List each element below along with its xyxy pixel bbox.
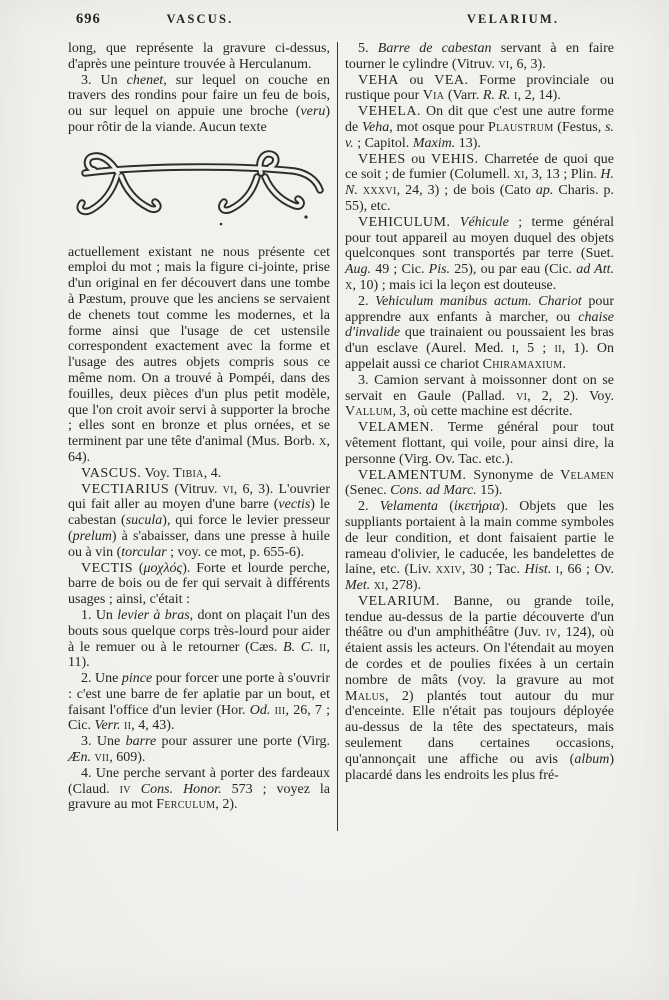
- left-column: long, que représente la gravure ci-dessu…: [68, 41, 330, 915]
- entry-velamentum: VELAMENTUM. Synonyme de Velamen (Senec. …: [345, 468, 614, 500]
- page-number: 696: [76, 11, 101, 28]
- entry-vectiarius: VECTIARIUS (Vitruv. vi, 6, 3). L'ouvrier…: [68, 482, 330, 561]
- book-page: 696 VASCUS. VELARIUM. long, que représen…: [0, 0, 669, 1000]
- vectis-sense-2: 2. Une pince pour forcer une porte à s'o…: [68, 671, 330, 734]
- vectis-sense-3: 3. Une barre pour assurer une porte (Vir…: [68, 734, 330, 766]
- text-block: long, que représente la gravure ci-dessu…: [68, 41, 614, 915]
- chenets-engraving: [68, 148, 330, 235]
- entry-vehela: VEHELA. On dit que c'est une autre forme…: [345, 104, 614, 151]
- vascus-sense-3: 3. Un chenet, sur lequel on couche en tr…: [68, 73, 330, 136]
- firedogs-spit-engraving: [73, 148, 325, 230]
- vascus-continuation-2: actuellement existant ne nous présente c…: [68, 245, 330, 466]
- velamentum-sense-2: 2. Velamenta (ἱκετήρια). Objets que les …: [345, 499, 614, 594]
- right-column: 5. Barre de cabestan servant à en faire …: [345, 41, 614, 915]
- vehiculum-sense-2: 2. Vehiculum manibus actum. Chariot pour…: [345, 294, 614, 373]
- vectis-sense-1: 1. Un levier à bras, dont on plaçait l'u…: [68, 608, 330, 671]
- entry-velarium: VELARIUM. Banne, ou grande toile, tendue…: [345, 594, 614, 784]
- vehiculum-sense-3: 3. Camion servant à moissonner dont on s…: [345, 373, 614, 420]
- running-head-left: VASCUS.: [167, 12, 234, 27]
- entry-vascus-crossref: VASCUS. Voy. Tibia, 4.: [68, 466, 330, 482]
- running-head-right: VELARIUM.: [467, 12, 559, 27]
- entry-velamen: VELAMEN. Terme général pour tout vêtemen…: [345, 420, 614, 467]
- vectis-sense-4: 4. Une perche servant à porter des farde…: [68, 766, 330, 813]
- vectis-sense-5: 5. Barre de cabestan servant à en faire …: [345, 41, 614, 73]
- entry-veha: VEHA ou VEA. Forme provinciale ou rustiq…: [345, 73, 614, 105]
- column-divider-rule: [337, 42, 338, 831]
- page-header: 696 VASCUS. VELARIUM.: [0, 11, 669, 31]
- entry-vectis: VECTIS (μοχλός). Forte et lourde perche,…: [68, 561, 330, 608]
- vascus-continuation: long, que représente la gravure ci-dessu…: [68, 41, 330, 73]
- entry-vehes: VEHES ou VEHIS. Charretée de quoi que ce…: [345, 152, 614, 215]
- entry-vehiculum: VEHICULUM. Véhicule ; terme général pour…: [345, 215, 614, 294]
